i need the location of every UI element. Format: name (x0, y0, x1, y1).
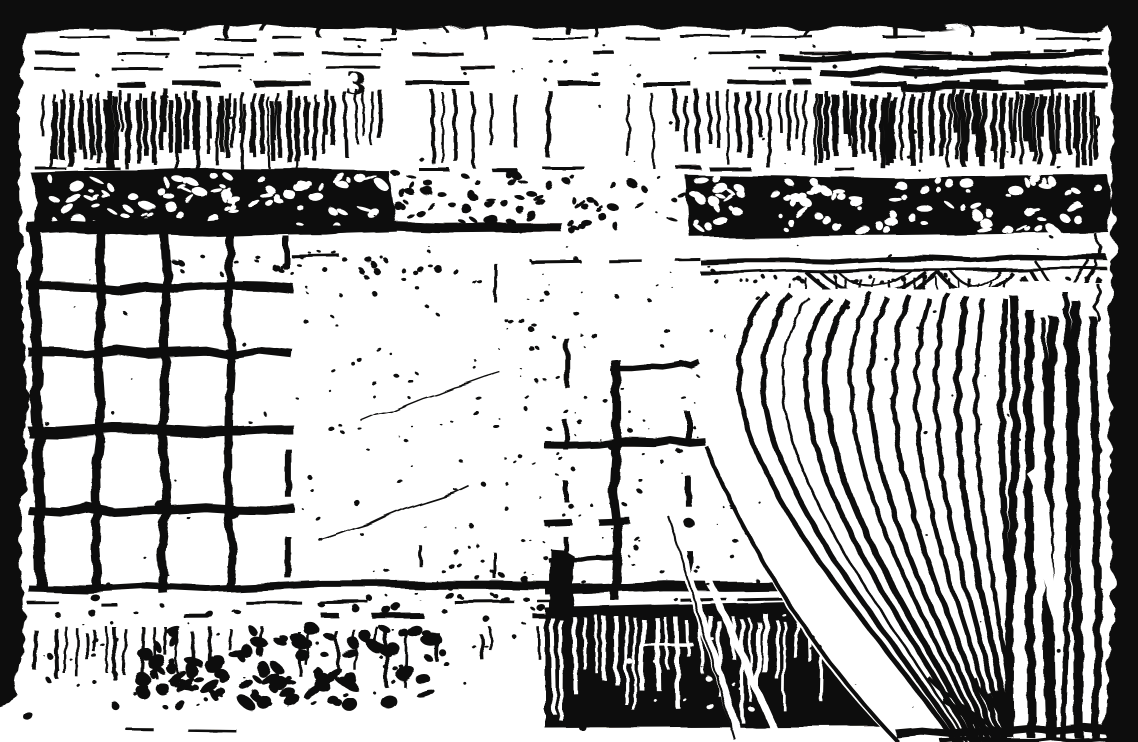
curtain-right-panel (1008, 282, 1108, 742)
left-lattice-window (28, 224, 294, 594)
hatch-frieze (42, 88, 1095, 171)
engraving: 3 (22, 36, 1138, 742)
center-lattice-window (291, 246, 760, 602)
left-window-sill (28, 584, 559, 619)
printers-mark: 3 (343, 67, 369, 105)
engraving-canvas: 3 (0, 0, 1138, 742)
woodcut-print: 3 (0, 0, 1138, 742)
